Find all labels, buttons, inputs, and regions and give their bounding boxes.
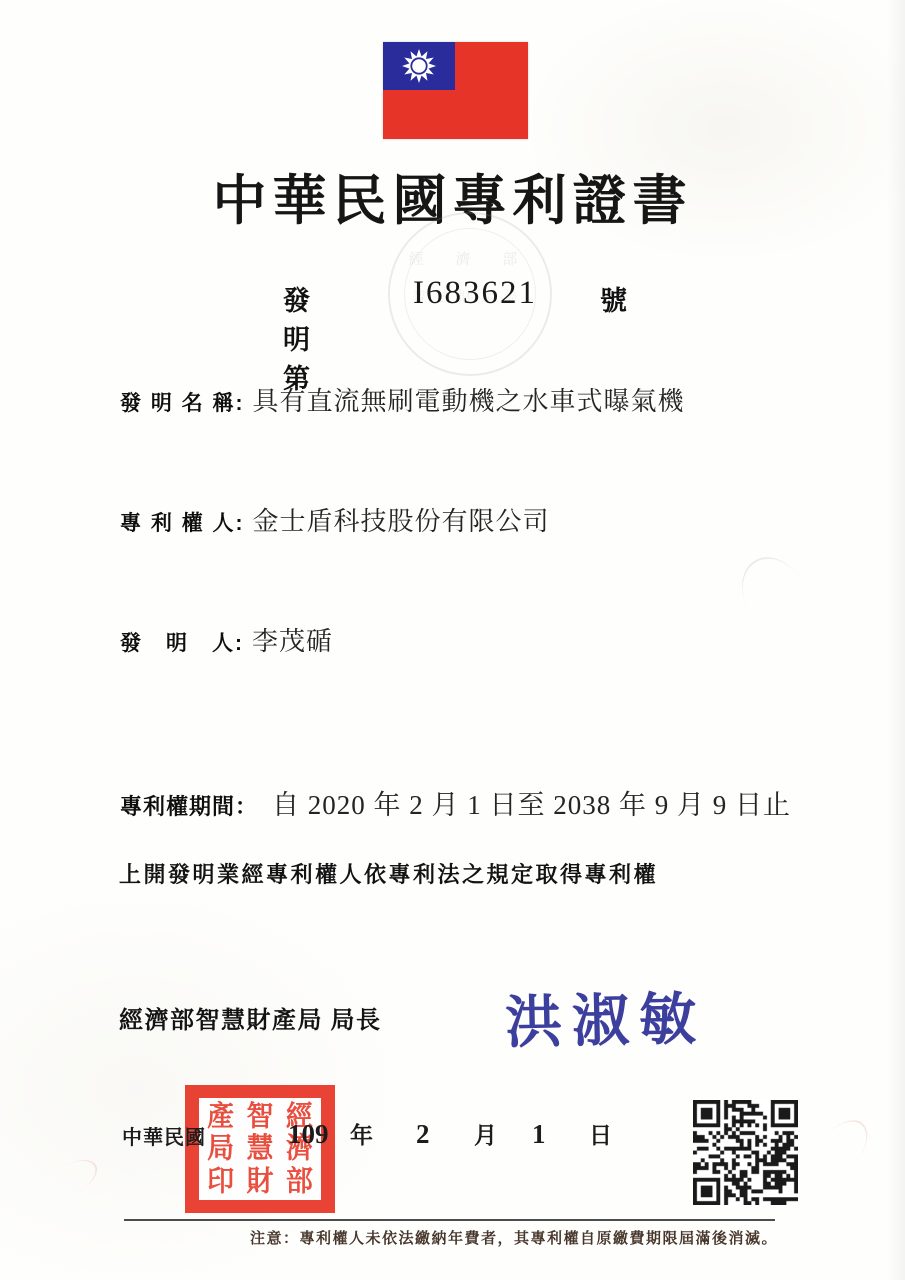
seal-char: 部 [286,1167,313,1195]
footer-divider [124,1219,775,1221]
issuing-office-title: 經濟部智慧財產局 局長 [119,1000,382,1035]
inventor-value: 李茂碷 [252,627,333,656]
field-invention-name: 發 明 名 稱:具有直流無刷電動機之水車式曝氣機 [120,381,685,418]
inventor-label: 發 明 人: [120,632,244,655]
seal-char: 印 [207,1167,234,1195]
scan-artifact [729,545,821,644]
date-year-unit: 年 [350,1117,373,1150]
taiwan-flag [383,42,528,139]
patentee-value: 金士盾科技股份有限公司 [253,507,550,536]
grant-statement: 上開發明業經專利權人依專利法之規定取得專利權 [119,858,658,889]
patent-number-prefix: 發明第 [283,279,313,396]
scan-artifact [37,1152,104,1208]
date-day-unit: 日 [589,1117,612,1150]
patentee-label: 專 利 權 人: [120,512,245,535]
field-inventor: 發 明 人:李茂碷 [120,621,333,658]
patent-certificate-page: 中華民國專利證書 經 濟 部 智慧財產局 發明第 I683621 號 發 明 名… [0,0,905,1280]
watermark-glyphs: 經 濟 部 [390,248,550,269]
issue-date-line: 中華民國 109 年 2 月 1 日 [0,1116,905,1152]
date-day: 1 [532,1119,546,1150]
date-year: 109 [288,1119,329,1150]
footer-note: 注意：專利權人未依法繳納年費者，其專利權自原繳費期限屆滿後消滅。 [250,1227,778,1248]
seal-char: 財 [246,1167,273,1195]
date-era: 中華民國 [122,1121,206,1150]
white-sun-icon [383,42,455,90]
date-month-unit: 月 [474,1117,497,1150]
director-signature: 洪淑敏 [504,973,736,1060]
invention-name-value: 具有直流無刷電動機之水車式曝氣機 [253,387,685,416]
date-month: 2 [416,1119,430,1150]
patent-number-suffix: 號 [600,279,630,318]
patent-term-value: 自 2020 年 2 月 1 日至 2038 年 9 月 9 日止 [272,790,791,820]
patent-term-label: 專利權期間： [120,794,258,819]
field-patentee: 專 利 權 人:金士盾科技股份有限公司 [120,501,550,538]
field-patent-term: 專利權期間：自 2020 年 2 月 1 日至 2038 年 9 月 9 日止 [120,783,791,822]
patent-number-value: I683621 [413,275,537,312]
invention-name-label: 發 明 名 稱: [120,392,245,415]
